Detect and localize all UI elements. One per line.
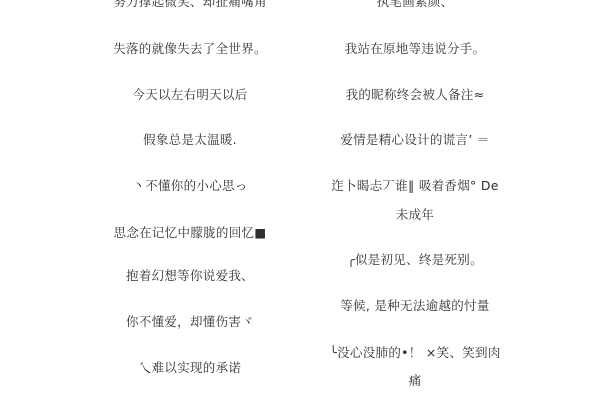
text-line: ╰没心没肺的•！ ×笑、笑到肉 xyxy=(290,345,540,361)
text-line: 乀难以实现的承诺 xyxy=(65,360,315,376)
text-line: 你不懂爱，却懂伤害ヾ xyxy=(65,314,315,330)
text-line: ╭似是初见、终是死别。 xyxy=(290,252,540,268)
text-line: 未成年 xyxy=(290,207,540,223)
text-line: 执笔画素颜、 xyxy=(290,0,540,10)
text-line: 努力撑起微笑、却扯痛嘴角 xyxy=(65,0,315,10)
text-line: 等候, 是种无法逾越的忖量 xyxy=(290,298,540,314)
text-line: 我站在原地等违说分手。 xyxy=(290,41,540,57)
text-line: 抱着幻想等你说爱我、 xyxy=(65,268,315,284)
text-line: 痛 xyxy=(290,373,540,389)
text-line: 假象总是太温暖. xyxy=(65,132,315,148)
text-line: 迮卜暍忐丆谁‖ 吸着香烟° De xyxy=(290,178,540,194)
text-line: 失落的就像失去了全世界。 xyxy=(65,41,315,57)
text-line: 我的昵称终会被人备注≈ xyxy=(290,87,540,103)
text-line: 思念在记忆中朦胧的回忆■ xyxy=(65,225,315,241)
text-line: 爱情是精心设计的谎言’ ＝ xyxy=(290,132,540,148)
text-line: 今天以左右明天以后 xyxy=(65,87,315,103)
text-line: 丶不懂你的小心思っ xyxy=(65,178,315,194)
